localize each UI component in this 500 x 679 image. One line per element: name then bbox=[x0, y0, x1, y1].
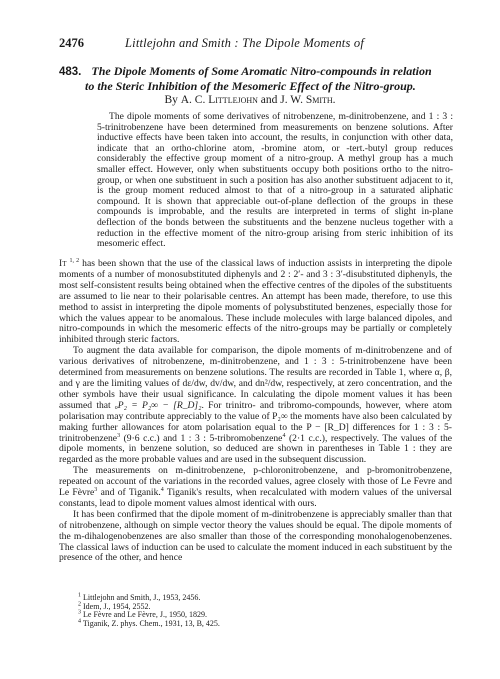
paragraph-2: To augment the data available for compar… bbox=[59, 346, 452, 466]
footnote-text: Littlejohn and Smith, J., 1953, 2456. bbox=[83, 593, 200, 602]
abstract: The dipole moments of some derivatives o… bbox=[97, 112, 453, 250]
footnotes: 1 Littlejohn and Smith, J., 1953, 2456. … bbox=[78, 594, 378, 629]
footnote-text: Tiganik, Z. phys. Chem., 1931, 13, B, 42… bbox=[83, 619, 220, 628]
body-text: It 1, 2 has been shown that the use of t… bbox=[59, 259, 452, 564]
footnote-number: 3 bbox=[78, 610, 81, 616]
p3-text-b: and of Tiganik. bbox=[97, 487, 161, 498]
footnote: 4 Tiganik, Z. phys. Chem., 1931, 13, B, … bbox=[78, 620, 378, 629]
author-2: J. W. Smith. bbox=[280, 94, 335, 106]
article-title: 483.The Dipole Moments of Some Aromatic … bbox=[59, 64, 459, 93]
title-line-1: The Dipole Moments of Some Aromatic Nitr… bbox=[91, 64, 431, 78]
paragraph-1: It 1, 2 has been shown that the use of t… bbox=[59, 259, 452, 346]
footnote-number: 2 bbox=[78, 601, 81, 607]
byline-and: and bbox=[258, 94, 280, 106]
running-title: Littlejohn and Smith : The Dipole Moment… bbox=[125, 36, 364, 51]
p2-text-c: (9·6 c.c.) and 1 : 3 : 5-tribromobenzene bbox=[120, 433, 282, 444]
title-line-2: to the Steric Inhibition of the Mesomeri… bbox=[59, 79, 459, 93]
paragraph-1-text: has been shown that the use of the class… bbox=[59, 258, 452, 345]
article-number: 483. bbox=[59, 66, 81, 78]
byline-prefix: By bbox=[164, 94, 180, 106]
ref-superscript: 1, 2 bbox=[70, 258, 80, 264]
author-1: A. C. Littlejohn bbox=[181, 94, 258, 106]
drop-lead: It bbox=[59, 258, 66, 269]
footnote-number: 1 bbox=[78, 592, 81, 598]
journal-page: 2476 Littlejohn and Smith : The Dipole M… bbox=[0, 0, 500, 679]
byline: By A. C. Littlejohn and J. W. Smith. bbox=[0, 94, 500, 106]
formula: ₒP₂ = P₂∞ − [R_D]₂ bbox=[115, 400, 201, 411]
abstract-text: The dipole moments of some derivatives o… bbox=[97, 112, 453, 250]
page-number: 2476 bbox=[59, 36, 84, 51]
paragraph-3: The measurements on m-dinitrobenzene, p-… bbox=[59, 466, 452, 510]
footnote-number: 4 bbox=[78, 618, 81, 624]
paragraph-4: It has been confirmed that the dipole mo… bbox=[59, 510, 452, 565]
